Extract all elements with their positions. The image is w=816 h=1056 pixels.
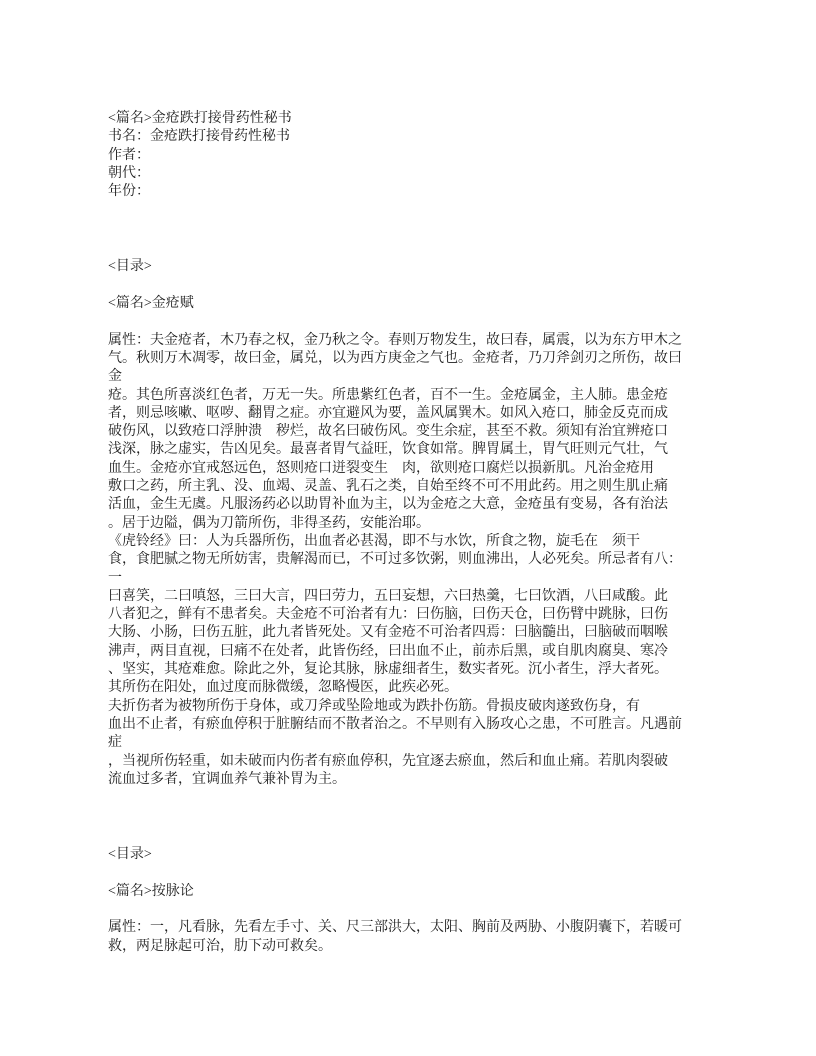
document-header: <篇名>金疮跌打接骨药性秘书 书名：金疮跌打接骨药性秘书 作者： 朝代： 年份：	[108, 110, 728, 201]
toc-marker-2: <目录>	[108, 846, 728, 864]
section-title-jinchuang-fu: <篇名>金疮赋	[108, 295, 728, 313]
section-body-jinchuang-fu: 属性：夫金疮者，木乃春之权，金乃秋之令。春则万物发生，故曰春，属震，以为东方甲木…	[108, 332, 728, 789]
toc-marker-1: <目录>	[108, 258, 728, 276]
document-page: <篇名>金疮跌打接骨药性秘书 书名：金疮跌打接骨药性秘书 作者： 朝代： 年份：…	[0, 0, 816, 1056]
document-content: <篇名>金疮跌打接骨药性秘书 书名：金疮跌打接骨药性秘书 作者： 朝代： 年份：…	[108, 110, 728, 956]
section-body-anmai-lun: 属性：一，凡看脉，先看左手寸、关、尺三部洪大，太阳、胸前及两胁、小腹阴囊下，若暖…	[108, 919, 728, 956]
section-title-anmai-lun: <篇名>按脉论	[108, 883, 728, 901]
